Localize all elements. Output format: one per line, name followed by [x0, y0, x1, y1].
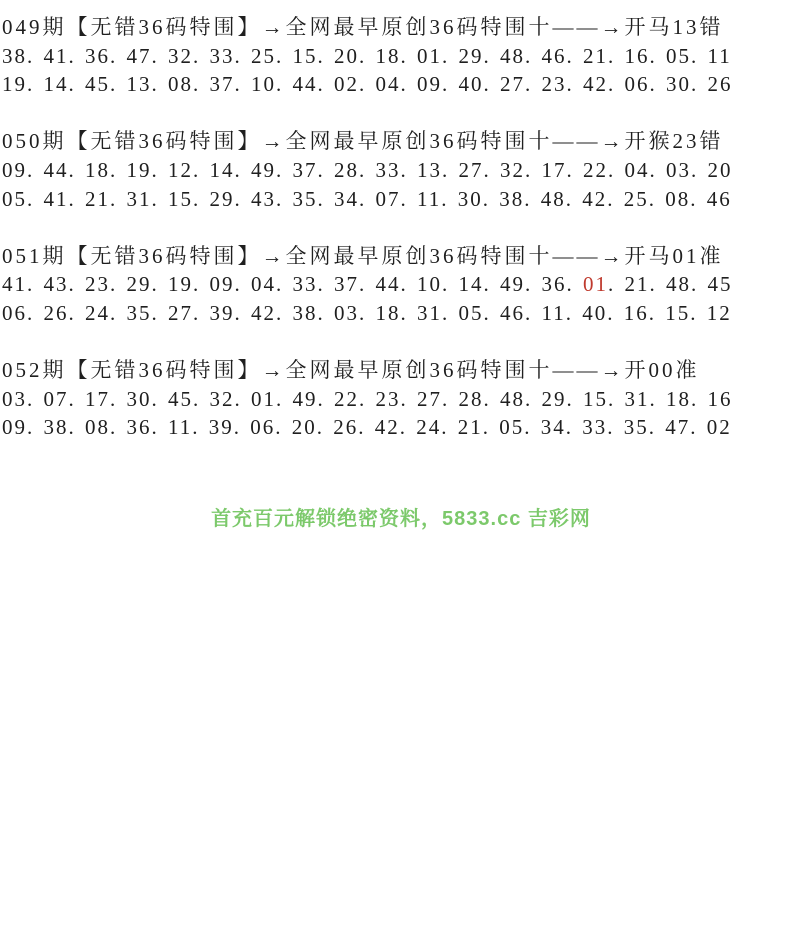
prediction-block: 050期【无错36码特围】→全网最早原创36码特围十——→开猴23错09. 44…	[2, 127, 800, 213]
number: 46	[542, 44, 567, 68]
block-header: 049期【无错36码特围】→全网最早原创36码特围十——→开马13错	[2, 13, 800, 42]
number: 09	[2, 158, 27, 182]
number: 45	[708, 272, 733, 296]
number: 29	[210, 187, 235, 211]
number: 46	[500, 301, 525, 325]
number: 30	[666, 72, 691, 96]
number: 47	[665, 415, 690, 439]
number: 19	[2, 72, 27, 96]
number: 38	[2, 44, 27, 68]
number: 18	[376, 301, 401, 325]
number: 31	[417, 301, 442, 325]
number: 02	[707, 415, 732, 439]
number: 49	[293, 387, 318, 411]
number: 24	[85, 301, 110, 325]
number: 08	[85, 415, 110, 439]
number: 24	[416, 415, 441, 439]
number: 21	[85, 187, 110, 211]
number: 03	[666, 158, 691, 182]
number: 04	[376, 72, 401, 96]
promo-banner-link[interactable]: 首充百元解锁绝密资料，5833.cc 吉彩网	[2, 505, 800, 533]
number: 42	[583, 72, 608, 96]
numbers-line: 09. 38. 08. 36. 11. 39. 06. 20. 26. 42. …	[2, 413, 800, 442]
number: 22	[583, 158, 608, 182]
number: 44	[293, 72, 318, 96]
number: 15	[665, 301, 690, 325]
number: 23	[542, 72, 567, 96]
number: 25	[624, 187, 649, 211]
number: 42	[251, 301, 276, 325]
number: 06	[625, 72, 650, 96]
number: 43	[251, 187, 276, 211]
number: 14	[459, 272, 484, 296]
number: 11	[168, 415, 192, 439]
number: 40	[459, 72, 484, 96]
number: 39	[209, 415, 234, 439]
number: 19	[127, 158, 152, 182]
block-header: 051期【无错36码特围】→全网最早原创36码特围十——→开马01准	[2, 242, 800, 271]
number: 22	[334, 387, 359, 411]
number: 48	[500, 44, 525, 68]
number: 23	[85, 272, 110, 296]
number: 01	[251, 387, 276, 411]
number: 48	[500, 387, 525, 411]
number: 38	[293, 301, 318, 325]
number: 39	[210, 301, 235, 325]
number: 13	[127, 72, 152, 96]
number: 13	[417, 158, 442, 182]
number: 11	[542, 301, 566, 325]
number: 43	[44, 272, 69, 296]
number: 09	[417, 72, 442, 96]
numbers-line: 05. 41. 21. 31. 15. 29. 43. 35. 34. 07. …	[2, 185, 800, 214]
number: 35	[127, 301, 152, 325]
number: 18	[85, 158, 110, 182]
number: 15	[293, 44, 318, 68]
numbers-line: 09. 44. 18. 19. 12. 14. 49. 37. 28. 33. …	[2, 156, 800, 185]
number: 16	[625, 44, 650, 68]
number: 07	[376, 187, 401, 211]
page-content: 049期【无错36码特围】→全网最早原创36码特围十——→开马13错38. 41…	[0, 0, 800, 533]
number: 16	[708, 387, 733, 411]
number: 41	[44, 187, 69, 211]
number: 18	[666, 387, 691, 411]
number: 48	[666, 272, 691, 296]
number: 18	[376, 44, 401, 68]
prediction-block: 049期【无错36码特围】→全网最早原创36码特围十——→开马13错38. 41…	[2, 13, 800, 99]
number: 27	[168, 301, 193, 325]
number: 20	[334, 44, 359, 68]
number: 23	[376, 387, 401, 411]
number: 05	[2, 187, 27, 211]
number: 48	[541, 187, 566, 211]
number: 33	[582, 415, 607, 439]
number: 17	[542, 158, 567, 182]
number: 35	[624, 415, 649, 439]
numbers-line: 41. 43. 23. 29. 19. 09. 04. 33. 37. 44. …	[2, 270, 800, 299]
numbers-line: 03. 07. 17. 30. 45. 32. 01. 49. 22. 23. …	[2, 385, 800, 414]
number: 28	[334, 158, 359, 182]
number: 46	[707, 187, 732, 211]
number: 16	[624, 301, 649, 325]
number: 32	[168, 44, 193, 68]
number: 27	[459, 158, 484, 182]
number: 42	[375, 415, 400, 439]
number: 15	[168, 187, 193, 211]
number: 36	[542, 272, 567, 296]
number: 34	[334, 187, 359, 211]
block-header: 052期【无错36码特围】→全网最早原创36码特围十——→开00准	[2, 356, 800, 385]
numbers-line: 19. 14. 45. 13. 08. 37. 10. 44. 02. 04. …	[2, 70, 800, 99]
number: 27	[417, 387, 442, 411]
prediction-block: 052期【无错36码特围】→全网最早原创36码特围十——→开00准03. 07.…	[2, 356, 800, 442]
number: 45	[85, 72, 110, 96]
number: 12	[707, 301, 732, 325]
number: 08	[665, 187, 690, 211]
number: 25	[251, 44, 276, 68]
number: 10	[417, 272, 442, 296]
highlighted-number: 01	[583, 272, 608, 296]
number: 05	[499, 415, 524, 439]
number: 05	[459, 301, 484, 325]
number: 04	[625, 158, 650, 182]
number: 29	[127, 272, 152, 296]
number: 44	[376, 272, 401, 296]
number: 36	[127, 415, 152, 439]
number: 02	[334, 72, 359, 96]
number: 47	[127, 44, 152, 68]
number: 49	[500, 272, 525, 296]
number: 09	[2, 415, 27, 439]
number: 14	[210, 158, 235, 182]
number: 41	[2, 272, 27, 296]
number: 03	[2, 387, 27, 411]
number: 11	[708, 44, 732, 68]
number: 41	[44, 44, 69, 68]
number: 29	[459, 44, 484, 68]
number: 26	[708, 72, 733, 96]
number: 37	[210, 72, 235, 96]
number: 32	[210, 387, 235, 411]
number: 19	[168, 272, 193, 296]
number: 20	[292, 415, 317, 439]
number: 26	[333, 415, 358, 439]
number: 09	[210, 272, 235, 296]
number: 07	[44, 387, 69, 411]
number: 11	[417, 187, 441, 211]
number: 27	[500, 72, 525, 96]
number: 10	[251, 72, 276, 96]
number: 06	[250, 415, 275, 439]
number: 31	[127, 187, 152, 211]
number: 37	[293, 158, 318, 182]
number: 33	[376, 158, 401, 182]
number: 06	[2, 301, 27, 325]
number: 30	[458, 187, 483, 211]
prediction-list: 049期【无错36码特围】→全网最早原创36码特围十——→开马13错38. 41…	[2, 13, 800, 442]
number: 33	[293, 272, 318, 296]
number: 17	[85, 387, 110, 411]
number: 12	[168, 158, 193, 182]
number: 21	[583, 44, 608, 68]
block-header: 050期【无错36码特围】→全网最早原创36码特围十——→开猴23错	[2, 127, 800, 156]
number: 45	[168, 387, 193, 411]
number: 03	[334, 301, 359, 325]
number: 08	[168, 72, 193, 96]
number: 35	[293, 187, 318, 211]
number: 21	[625, 272, 650, 296]
number: 21	[458, 415, 483, 439]
number: 40	[582, 301, 607, 325]
number: 34	[541, 415, 566, 439]
number: 30	[127, 387, 152, 411]
numbers-line: 06. 26. 24. 35. 27. 39. 42. 38. 03. 18. …	[2, 299, 800, 328]
number: 29	[542, 387, 567, 411]
number: 38	[499, 187, 524, 211]
number: 33	[210, 44, 235, 68]
number: 04	[251, 272, 276, 296]
number: 42	[582, 187, 607, 211]
number: 15	[583, 387, 608, 411]
number: 44	[44, 158, 69, 182]
number: 01	[417, 44, 442, 68]
number: 37	[334, 272, 359, 296]
number: 28	[459, 387, 484, 411]
number: 36	[85, 44, 110, 68]
number: 20	[708, 158, 733, 182]
number: 05	[666, 44, 691, 68]
number: 31	[625, 387, 650, 411]
number: 49	[251, 158, 276, 182]
prediction-block: 051期【无错36码特围】→全网最早原创36码特围十——→开马01准41. 43…	[2, 242, 800, 328]
numbers-line: 38. 41. 36. 47. 32. 33. 25. 15. 20. 18. …	[2, 42, 800, 71]
number: 38	[44, 415, 69, 439]
number: 32	[500, 158, 525, 182]
number: 26	[44, 301, 69, 325]
number: 14	[44, 72, 69, 96]
